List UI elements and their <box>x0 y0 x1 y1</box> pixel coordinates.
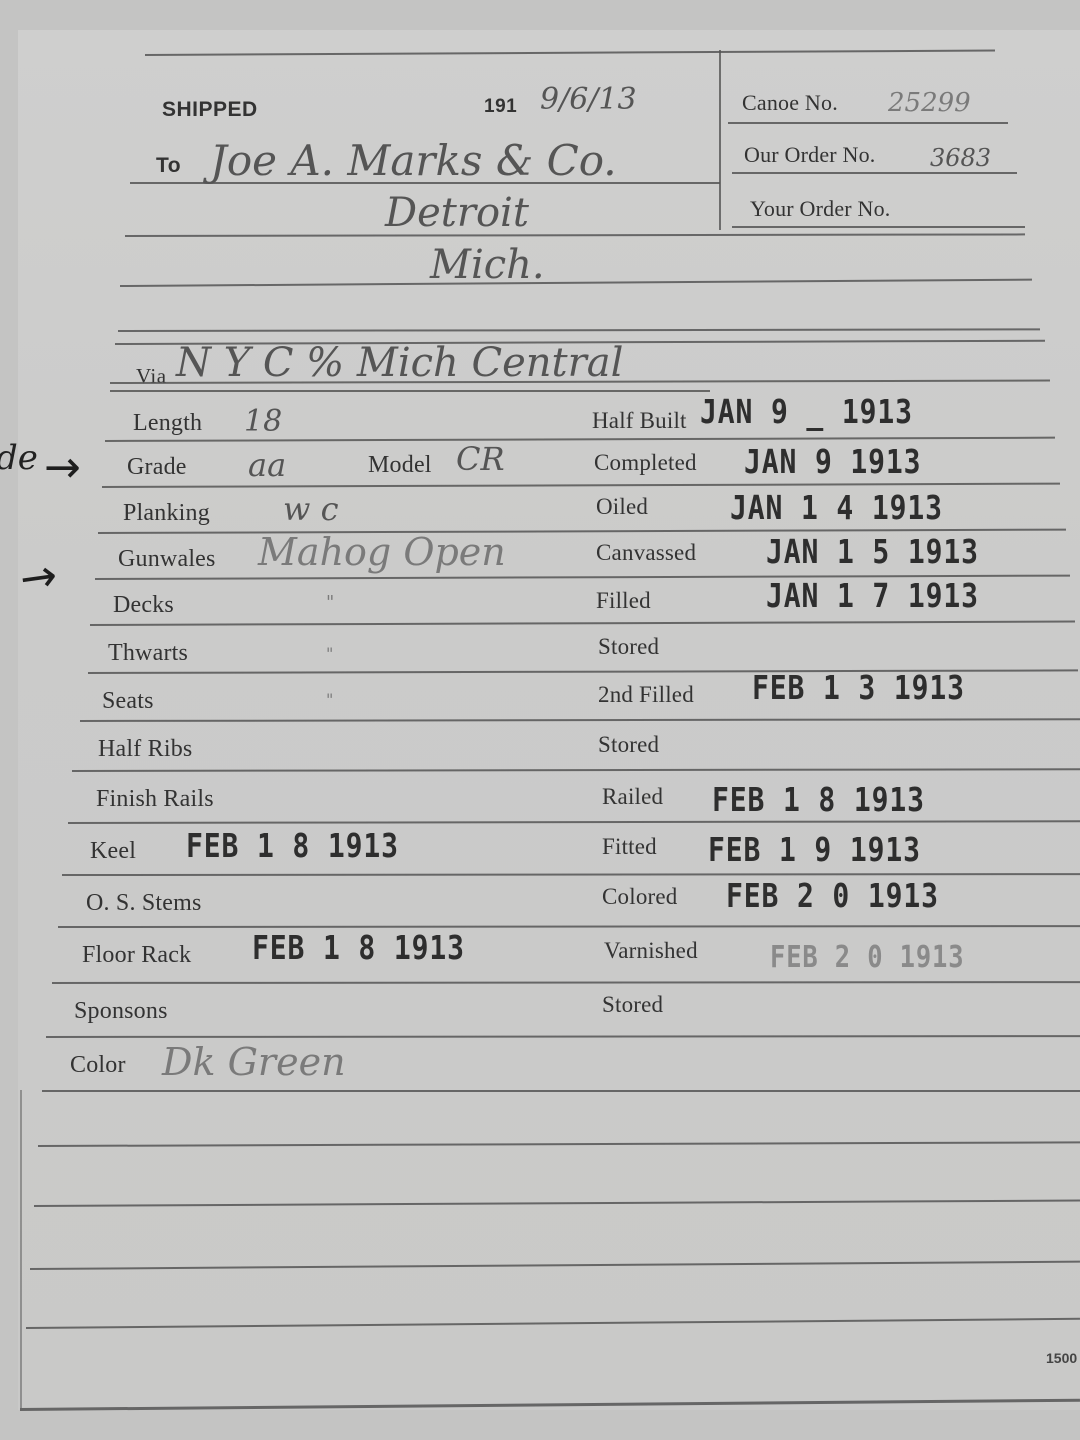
field-finish-rails-label: Finish Rails <box>96 786 214 813</box>
our-order-label: Our Order No. <box>744 142 876 168</box>
arrow-icon: → <box>44 442 81 493</box>
field-colored-label: Colored <box>602 884 678 910</box>
via-label: Via <box>136 364 167 389</box>
field-fitted-stamp: FEB 1 9 1913 <box>708 830 921 869</box>
field-gunwales-value: Mahog Open <box>258 530 506 574</box>
canoe-no-label: Canoe No. <box>742 90 838 116</box>
model-label: Model <box>368 452 432 479</box>
field-floor-rack-label: Floor Rack <box>82 942 191 969</box>
field-railed-stamp: FEB 1 8 1913 <box>712 780 925 819</box>
shipped-date: 9/6/13 <box>540 82 637 117</box>
our-order-value: 3683 <box>930 144 991 172</box>
field-planking-value: w c <box>283 490 338 528</box>
field-half-built-stamp: JAN 9 _ 1913 <box>700 392 913 431</box>
shipped-label: SHIPPED <box>162 98 258 122</box>
field-color-label: Color <box>70 1052 126 1079</box>
to-line2: Detroit <box>385 190 529 236</box>
field-color-value: Dk Green <box>162 1040 346 1084</box>
model-value: CR <box>456 440 505 478</box>
field-completed-label: Completed <box>594 450 697 476</box>
field-varnished-stamp: FEB 2 0 1913 <box>770 940 964 975</box>
field-planking-label: Planking <box>123 500 210 527</box>
canoe-no-value: 25299 <box>888 88 971 118</box>
to-line3: Mich. <box>430 242 545 288</box>
field-filled-label: Filled <box>596 588 651 614</box>
field-second-filled-label: 2nd Filled <box>598 682 694 708</box>
field-varnished-label: Varnished <box>604 938 698 964</box>
field-stored-3-label: Stored <box>602 992 663 1018</box>
field-second-filled-stamp: FEB 1 3 1913 <box>752 668 965 707</box>
left-border <box>20 1090 22 1408</box>
margin-note: de <box>0 438 38 478</box>
field-oiled-label: Oiled <box>596 494 648 520</box>
your-order-underline <box>732 226 1025 228</box>
to-label: To <box>156 154 181 178</box>
via-underline-2 <box>110 390 710 392</box>
field-canvassed-stamp: JAN 1 5 1913 <box>766 532 979 571</box>
field-keel-label: Keel <box>90 838 136 865</box>
field-completed-stamp: JAN 9 1913 <box>744 442 921 481</box>
field-seats-value: " <box>326 690 333 709</box>
field-half-ribs-label: Half Ribs <box>98 736 192 763</box>
to-underline-1 <box>130 182 720 184</box>
field-grade-value: aa <box>248 446 286 484</box>
field-thwarts-value: " <box>326 644 333 663</box>
your-order-label: Your Order No. <box>750 196 891 222</box>
field-length-value: 18 <box>244 404 282 439</box>
order-box-divider <box>719 50 721 230</box>
arrow-icon: → <box>17 550 61 606</box>
field-seats-label: Seats <box>102 688 154 715</box>
to-line1: Joe A. Marks & Co. <box>210 136 617 185</box>
field-grade-label: Grade <box>127 454 187 481</box>
field-thwarts-label: Thwarts <box>108 640 188 667</box>
field-sponsons-label: Sponsons <box>74 998 168 1025</box>
field-fitted-label: Fitted <box>602 834 657 860</box>
field-decks-value: " <box>326 592 334 613</box>
field-keel-stamp: FEB 1 8 1913 <box>186 826 399 865</box>
field-gunwales-label: Gunwales <box>118 546 216 573</box>
field-filled-stamp: JAN 1 7 1913 <box>766 576 979 615</box>
canoe-no-underline <box>728 122 1008 124</box>
field-railed-label: Railed <box>602 784 663 810</box>
field-floor-rack-stamp: FEB 1 8 1913 <box>252 928 465 967</box>
field-stored-1-label: Stored <box>598 634 659 660</box>
our-order-underline <box>732 172 1017 174</box>
field-colored-stamp: FEB 2 0 1913 <box>726 876 939 915</box>
field-os-stems-label: O. S. Stems <box>86 890 202 917</box>
field-oiled-stamp: JAN 1 4 1913 <box>730 488 943 527</box>
field-half-built-label: Half Built <box>592 408 687 434</box>
field-stored-2-label: Stored <box>598 732 659 758</box>
via-value: N Y C % Mich Central <box>176 340 623 386</box>
field-decks-label: Decks <box>113 592 174 619</box>
year-prefix: 191 <box>484 96 517 118</box>
row-line <box>42 1090 1080 1092</box>
field-length-label: Length <box>133 410 202 437</box>
field-canvassed-label: Canvassed <box>596 540 696 566</box>
form-number: 1500 <box>1046 1350 1077 1366</box>
